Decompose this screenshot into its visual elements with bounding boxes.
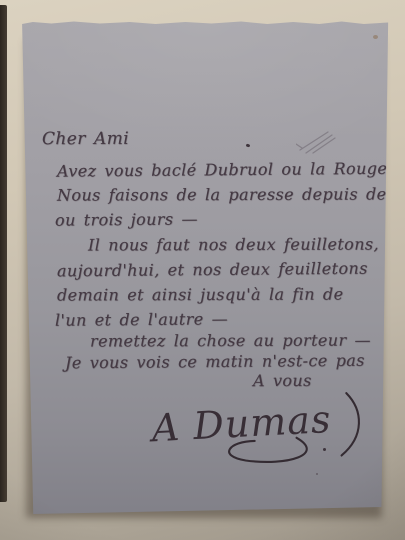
signature: A Dumas: [126, 379, 382, 476]
signature-paren-icon: [338, 393, 360, 456]
ink-speck: [316, 473, 318, 475]
letter-line: Avez vous baclé Dubruol ou la Rougerelle: [57, 159, 405, 181]
letter-line: Nous faisons de la paresse depuis deux: [57, 185, 405, 205]
pencil-scribble: [296, 126, 338, 156]
ink-speck: [323, 448, 326, 451]
letter-line: Je vous vois ce matin n'est-ce pas: [65, 352, 365, 373]
foxing-spot: [373, 35, 378, 39]
letter-salutation: Cher Ami: [42, 130, 129, 150]
letter-line: ou trois jours —: [55, 210, 198, 230]
letter-line: demain et ainsi jusqu'à la fin de: [57, 286, 343, 305]
letter-paper: Cher Ami Avez vous baclé Dubruol ou la R…: [18, 18, 390, 517]
letter-line: l'un et de l'autre —: [55, 310, 228, 330]
photo-stage: Cher Ami Avez vous baclé Dubruol ou la R…: [0, 0, 405, 540]
letter-line: aujourd'hui, et nos deux feuilletons: [57, 260, 368, 281]
letter-line: remettez la chose au porteur —: [90, 332, 371, 351]
frame-edge-shadow: [0, 5, 7, 502]
ink-speck: [246, 143, 251, 147]
letter-line: Il nous faut nos deux feuilletons,: [88, 235, 379, 254]
